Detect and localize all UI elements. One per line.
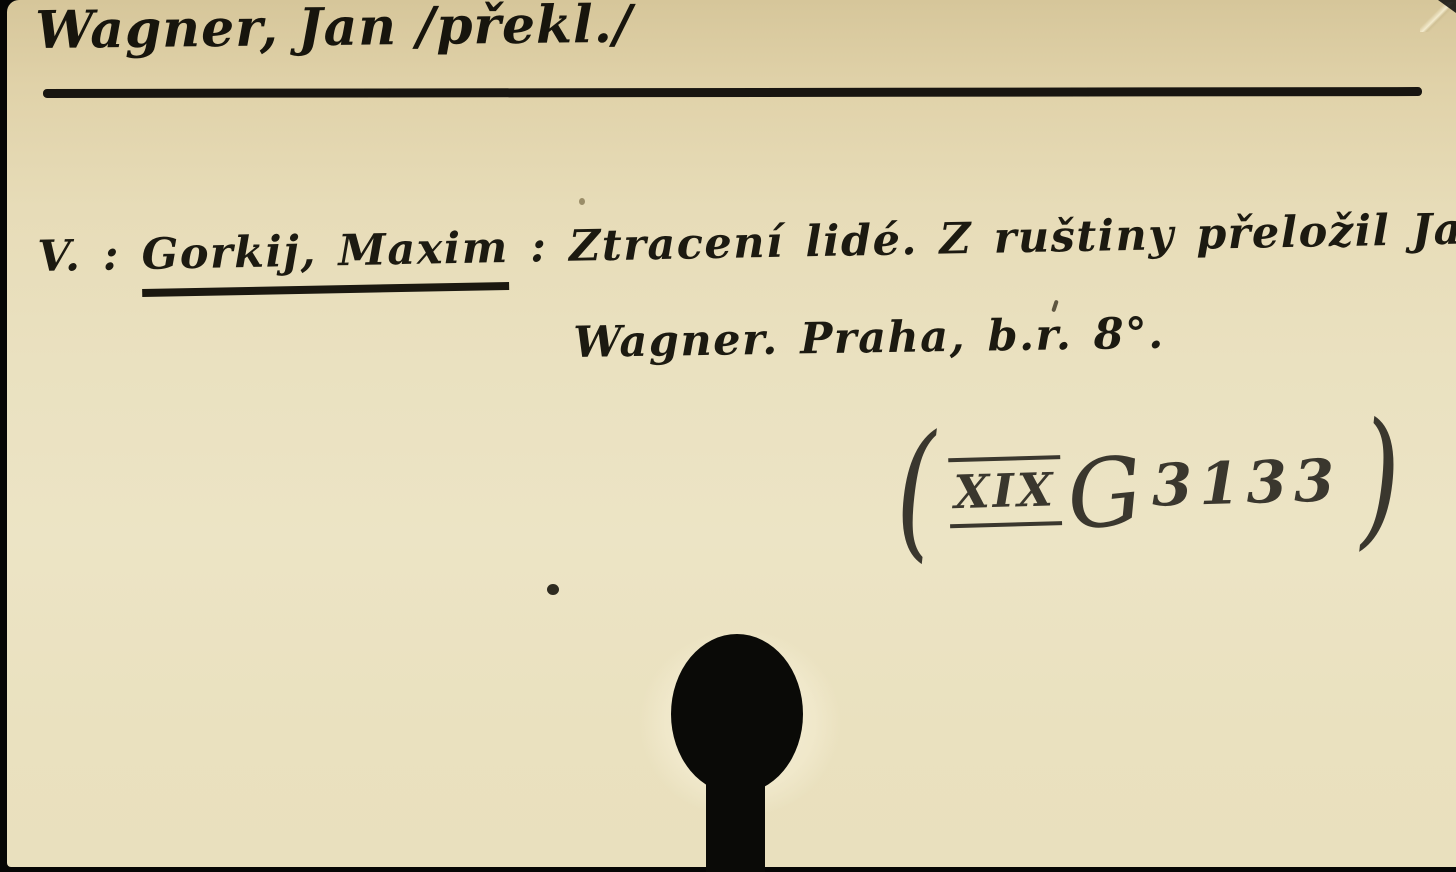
shelfmark: ( XIX G 3133 )	[885, 401, 1411, 566]
entry-line-2: Wagner. Praha, b.r. 8°.	[573, 309, 1165, 368]
ink-speck	[547, 584, 559, 595]
shelfmark-number: 3133	[1151, 446, 1342, 519]
entry-title-text: : Ztracení lidé. Z ruštiny přeložil Jan	[530, 204, 1456, 273]
catalog-card: Wagner, Jan /překl./ V. : Gorkij, Maxim …	[7, 0, 1456, 867]
entry-reference-prefix: V. :	[37, 230, 121, 282]
heading-rule	[43, 87, 1422, 98]
catalog-rod-hole	[637, 626, 847, 872]
entry-line-1: V. : Gorkij, Maxim : Ztracení lidé. Z ru…	[37, 204, 1456, 282]
paper-speck	[579, 198, 585, 205]
entry-author-underlined: Gorkij, Maxim	[141, 223, 509, 297]
card-corner-notch	[1438, 0, 1456, 13]
shelfmark-roman-class: XIX	[948, 455, 1062, 528]
card-heading: Wagner, Jan /překl./	[35, 0, 633, 61]
scanned-catalog-card-image: Wagner, Jan /překl./ V. : Gorkij, Maxim …	[0, 0, 1456, 872]
shelfmark-close-paren: )	[1357, 402, 1403, 553]
shelfmark-letter: G	[1063, 446, 1147, 543]
shelfmark-open-paren: (	[893, 415, 939, 566]
